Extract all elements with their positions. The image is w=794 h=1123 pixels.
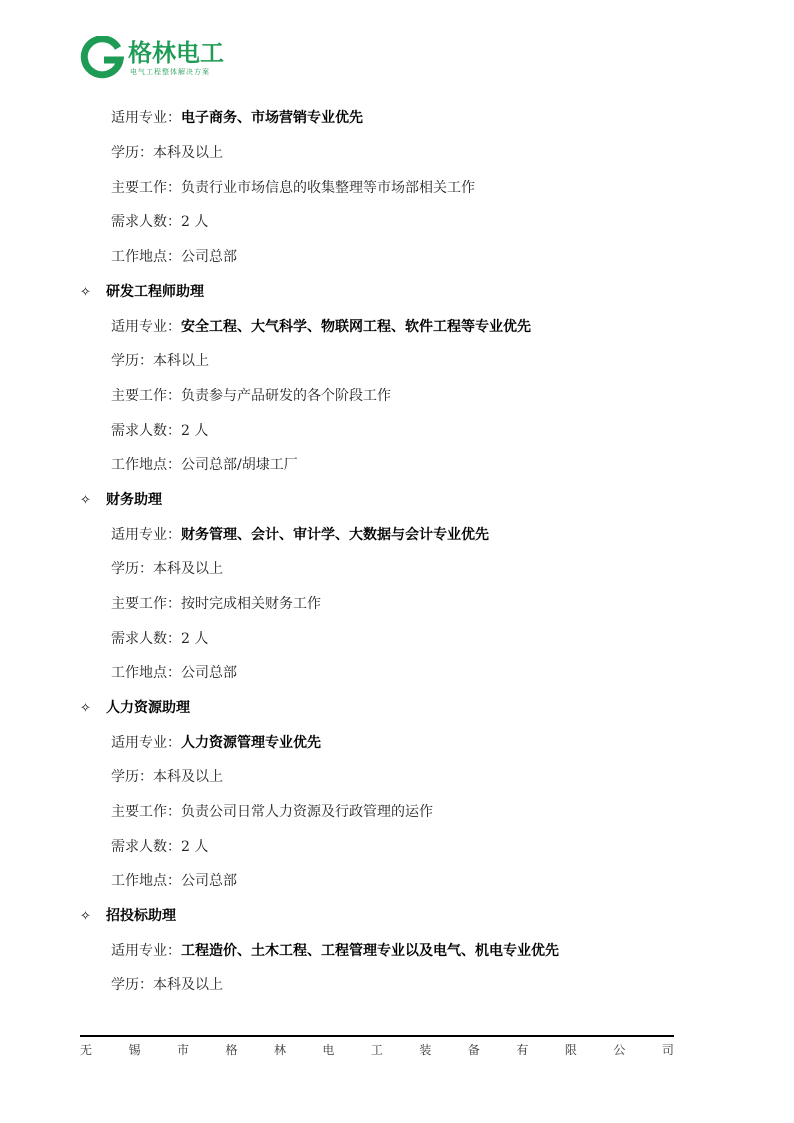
position-major: 适用专业：安全工程、大气科学、物联网工程、软件工程等专业优先 bbox=[111, 317, 531, 337]
count-value: 2 人 bbox=[181, 839, 208, 855]
position-work: 主要工作：按时完成相关财务工作 bbox=[111, 594, 321, 614]
diamond-bullet-icon: ✧ bbox=[80, 491, 106, 511]
count-value: 2 人 bbox=[181, 423, 208, 439]
company-logo: 格林电工 电气工程整体解决方案 bbox=[80, 36, 220, 80]
position-education: 学历：本科及以上 bbox=[111, 767, 223, 787]
count-label: 需求人数： bbox=[111, 423, 181, 439]
footer-char: 林 bbox=[274, 1041, 286, 1058]
footer-char: 装 bbox=[419, 1041, 431, 1058]
intro-education: 学历：本科及以上 bbox=[111, 143, 223, 163]
major-value: 安全工程、大气科学、物联网工程、软件工程等专业优先 bbox=[181, 319, 531, 335]
location-value: 公司总部 bbox=[181, 873, 237, 889]
footer-char: 市 bbox=[177, 1041, 189, 1058]
education-label: 学历： bbox=[111, 977, 153, 993]
footer-char: 有 bbox=[516, 1041, 528, 1058]
education-label: 学历： bbox=[111, 769, 153, 785]
logo-title: 格林电工 bbox=[128, 40, 224, 66]
footer-char: 司 bbox=[662, 1041, 674, 1058]
position-education: 学历：本科及以上 bbox=[111, 975, 223, 995]
position-location: 工作地点：公司总部 bbox=[111, 663, 237, 683]
position-heading: ✧财务助理 bbox=[80, 490, 162, 511]
major-label: 适用专业： bbox=[111, 735, 181, 751]
intro-major: 适用专业：电子商务、市场营销专业优先 bbox=[111, 108, 363, 128]
education-label: 学历： bbox=[111, 145, 153, 161]
footer-char: 限 bbox=[565, 1041, 577, 1058]
education-value: 本科及以上 bbox=[153, 145, 223, 161]
position-title: 招投标助理 bbox=[106, 908, 176, 924]
education-label: 学历： bbox=[111, 353, 153, 369]
intro-count: 需求人数：2 人 bbox=[111, 212, 208, 232]
footer-company-name: 无 锡 市 格 林 电 工 装 备 有 限 公 司 bbox=[80, 1041, 674, 1058]
location-value: 公司总部 bbox=[181, 665, 237, 681]
work-value: 负责公司日常人力资源及行政管理的运作 bbox=[181, 804, 433, 820]
footer-char: 无 bbox=[80, 1041, 92, 1058]
footer-divider bbox=[80, 1035, 674, 1037]
position-heading: ✧研发工程师助理 bbox=[80, 282, 204, 303]
major-label: 适用专业： bbox=[111, 527, 181, 543]
position-major: 适用专业：工程造价、土木工程、工程管理专业以及电气、机电专业优先 bbox=[111, 941, 559, 961]
major-label: 适用专业： bbox=[111, 943, 181, 959]
position-title: 研发工程师助理 bbox=[106, 284, 204, 300]
position-major: 适用专业：财务管理、会计、审计学、大数据与会计专业优先 bbox=[111, 525, 489, 545]
major-label: 适用专业： bbox=[111, 319, 181, 335]
work-value: 负责行业市场信息的收集整理等市场部相关工作 bbox=[181, 180, 475, 196]
position-title: 人力资源助理 bbox=[106, 700, 190, 716]
diamond-bullet-icon: ✧ bbox=[80, 699, 106, 719]
major-value: 电子商务、市场营销专业优先 bbox=[181, 110, 363, 126]
diamond-bullet-icon: ✧ bbox=[80, 907, 106, 927]
position-count: 需求人数：2 人 bbox=[111, 421, 208, 441]
count-value: 2 人 bbox=[181, 214, 208, 230]
footer-char: 工 bbox=[371, 1041, 383, 1058]
work-value: 负责参与产品研发的各个阶段工作 bbox=[181, 388, 391, 404]
major-value: 人力资源管理专业优先 bbox=[181, 735, 321, 751]
education-label: 学历： bbox=[111, 561, 153, 577]
work-label: 主要工作： bbox=[111, 596, 181, 612]
work-label: 主要工作： bbox=[111, 388, 181, 404]
footer-char: 锡 bbox=[128, 1041, 140, 1058]
position-count: 需求人数：2 人 bbox=[111, 629, 208, 649]
count-label: 需求人数： bbox=[111, 214, 181, 230]
diamond-bullet-icon: ✧ bbox=[80, 283, 106, 303]
work-label: 主要工作： bbox=[111, 804, 181, 820]
logo-subtitle: 电气工程整体解决方案 bbox=[130, 67, 210, 77]
education-value: 本科及以上 bbox=[153, 561, 223, 577]
work-label: 主要工作： bbox=[111, 180, 181, 196]
footer-char: 备 bbox=[468, 1041, 480, 1058]
count-value: 2 人 bbox=[181, 631, 208, 647]
location-label: 工作地点： bbox=[111, 873, 181, 889]
logo-g-icon bbox=[80, 36, 124, 80]
position-work: 主要工作：负责参与产品研发的各个阶段工作 bbox=[111, 386, 391, 406]
location-label: 工作地点： bbox=[111, 249, 181, 265]
position-count: 需求人数：2 人 bbox=[111, 837, 208, 857]
education-value: 本科以上 bbox=[153, 353, 209, 369]
footer-char: 电 bbox=[322, 1041, 334, 1058]
work-value: 按时完成相关财务工作 bbox=[181, 596, 321, 612]
footer-char: 公 bbox=[613, 1041, 625, 1058]
position-location: 工作地点：公司总部/胡埭工厂 bbox=[111, 455, 298, 475]
major-value: 财务管理、会计、审计学、大数据与会计专业优先 bbox=[181, 527, 489, 543]
location-value: 公司总部 bbox=[181, 249, 237, 265]
education-value: 本科及以上 bbox=[153, 769, 223, 785]
position-heading: ✧招投标助理 bbox=[80, 906, 176, 927]
education-value: 本科及以上 bbox=[153, 977, 223, 993]
position-education: 学历：本科以上 bbox=[111, 351, 209, 371]
location-label: 工作地点： bbox=[111, 457, 181, 473]
location-value: 公司总部/胡埭工厂 bbox=[181, 457, 298, 473]
intro-location: 工作地点：公司总部 bbox=[111, 247, 237, 267]
major-label: 适用专业： bbox=[111, 110, 181, 126]
position-title: 财务助理 bbox=[106, 492, 162, 508]
intro-work: 主要工作：负责行业市场信息的收集整理等市场部相关工作 bbox=[111, 178, 475, 198]
major-value: 工程造价、土木工程、工程管理专业以及电气、机电专业优先 bbox=[181, 943, 559, 959]
position-education: 学历：本科及以上 bbox=[111, 559, 223, 579]
position-work: 主要工作：负责公司日常人力资源及行政管理的运作 bbox=[111, 802, 433, 822]
position-major: 适用专业：人力资源管理专业优先 bbox=[111, 733, 321, 753]
footer-char: 格 bbox=[225, 1041, 237, 1058]
position-location: 工作地点：公司总部 bbox=[111, 871, 237, 891]
count-label: 需求人数： bbox=[111, 631, 181, 647]
count-label: 需求人数： bbox=[111, 839, 181, 855]
position-heading: ✧人力资源助理 bbox=[80, 698, 190, 719]
location-label: 工作地点： bbox=[111, 665, 181, 681]
